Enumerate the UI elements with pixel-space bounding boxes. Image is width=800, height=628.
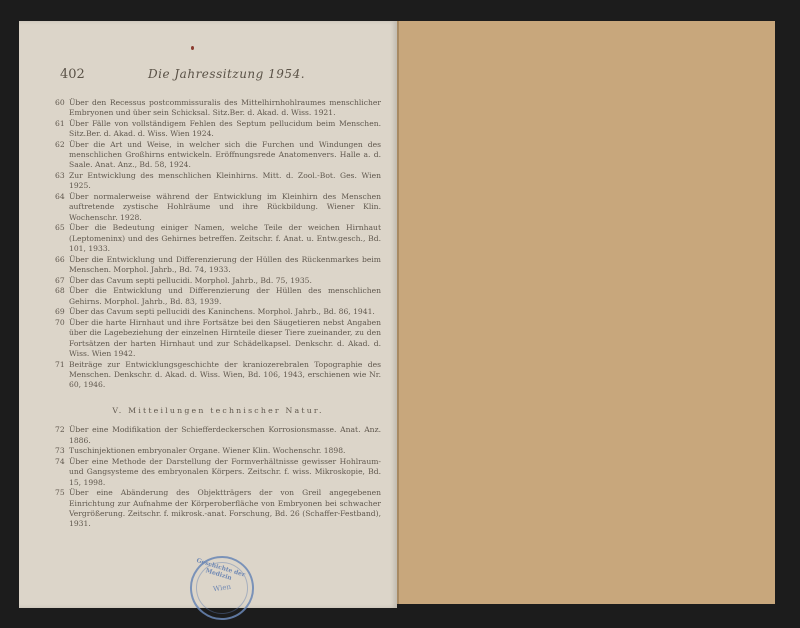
bibliography-list: 60Über den Recessus postcommissuralis de… — [55, 98, 381, 530]
entry-number: 73 — [55, 446, 69, 456]
bibliography-entry: 74Über eine Methode der Darstellung der … — [55, 457, 381, 488]
entry-number: 63 — [55, 171, 69, 191]
entry-number: 70 — [55, 318, 69, 359]
page-number: 402 — [60, 67, 85, 82]
entry-text: Über eine Modifikation der Schiefferdeck… — [69, 425, 381, 445]
entry-number: 60 — [55, 98, 69, 118]
entries-group-a: 60Über den Recessus postcommissuralis de… — [55, 98, 381, 390]
entry-text: Über das Cavum septi pellucidi. Morphol.… — [69, 276, 381, 286]
entry-number: 67 — [55, 276, 69, 286]
entry-text: Beiträge zur Entwicklungsgeschichte der … — [69, 360, 381, 391]
bibliography-entry: 73Tuschinjektionen embryonaler Organe. W… — [55, 446, 381, 456]
entry-number: 65 — [55, 223, 69, 254]
entry-number: 61 — [55, 119, 69, 139]
bibliography-entry: 61Über Fälle von vollständigem Fehlen de… — [55, 119, 381, 139]
bibliography-entry: 62Über die Art und Weise, in welcher sic… — [55, 140, 381, 171]
bibliography-entry: 72Über eine Modifikation der Schiefferde… — [55, 425, 381, 445]
entry-number: 75 — [55, 488, 69, 529]
entry-text: Tuschinjektionen embryonaler Organe. Wie… — [69, 446, 381, 456]
bibliography-entry: 75Über eine Abänderung des Objektträgers… — [55, 488, 381, 529]
bibliography-entry: 70Über die harte Hirnhaut und ihre Forts… — [55, 318, 381, 359]
entry-number: 66 — [55, 255, 69, 275]
entry-text: Über die Art und Weise, in welcher sich … — [69, 140, 381, 171]
bibliography-entry: 69Über das Cavum septi pellucidi des Kan… — [55, 307, 381, 317]
entry-number: 71 — [55, 360, 69, 391]
entry-text: Zur Entwicklung des menschlichen Kleinhi… — [69, 171, 381, 191]
bibliography-entry: 71Beiträge zur Entwicklungsgeschichte de… — [55, 360, 381, 391]
entries-group-b: 72Über eine Modifikation der Schiefferde… — [55, 425, 381, 529]
entry-text: Über die Entwicklung und Differenzierung… — [69, 255, 381, 275]
bibliography-entry: 65Über die Bedeutung einiger Namen, welc… — [55, 223, 381, 254]
entry-number: 68 — [55, 286, 69, 306]
running-head: 402 Die Jahressitzung 1954. — [60, 67, 378, 85]
bibliography-entry: 67Über das Cavum septi pellucidi. Morpho… — [55, 276, 381, 286]
bibliography-entry: 63Zur Entwicklung des menschlichen Klein… — [55, 171, 381, 191]
entry-text: Über eine Abänderung des Objektträgers d… — [69, 488, 381, 529]
back-cover-board — [397, 21, 775, 604]
entry-text: Über normalerweise während der Entwicklu… — [69, 192, 381, 223]
entry-text: Über Fälle von vollständigem Fehlen des … — [69, 119, 381, 139]
entry-text: Über die Bedeutung einiger Namen, welche… — [69, 223, 381, 254]
entry-number: 69 — [55, 307, 69, 317]
entry-text: Über eine Methode der Darstellung der Fo… — [69, 457, 381, 488]
entry-number: 72 — [55, 425, 69, 445]
bibliography-entry: 60Über den Recessus postcommissuralis de… — [55, 98, 381, 118]
entry-number: 64 — [55, 192, 69, 223]
entry-number: 74 — [55, 457, 69, 488]
bibliography-entry: 68Über die Entwicklung und Differenzieru… — [55, 286, 381, 306]
entry-text: Über die Entwicklung und Differenzierung… — [69, 286, 381, 306]
entry-text: Über das Cavum septi pellucidi des Kanin… — [69, 307, 381, 317]
section-heading: V. Mitteilungen technischer Natur. — [55, 406, 381, 416]
entry-text: Über den Recessus postcommissuralis des … — [69, 98, 381, 118]
entry-number: 62 — [55, 140, 69, 171]
entry-text: Über die harte Hirnhaut und ihre Fortsät… — [69, 318, 381, 359]
running-title: Die Jahressitzung 1954. — [148, 67, 305, 81]
bibliography-entry: 64Über normalerweise während der Entwick… — [55, 192, 381, 223]
library-stamp: Geschichte der Medizin Wien — [186, 552, 258, 624]
ink-speck — [191, 46, 194, 50]
bibliography-entry: 66Über die Entwicklung und Differenzieru… — [55, 255, 381, 275]
